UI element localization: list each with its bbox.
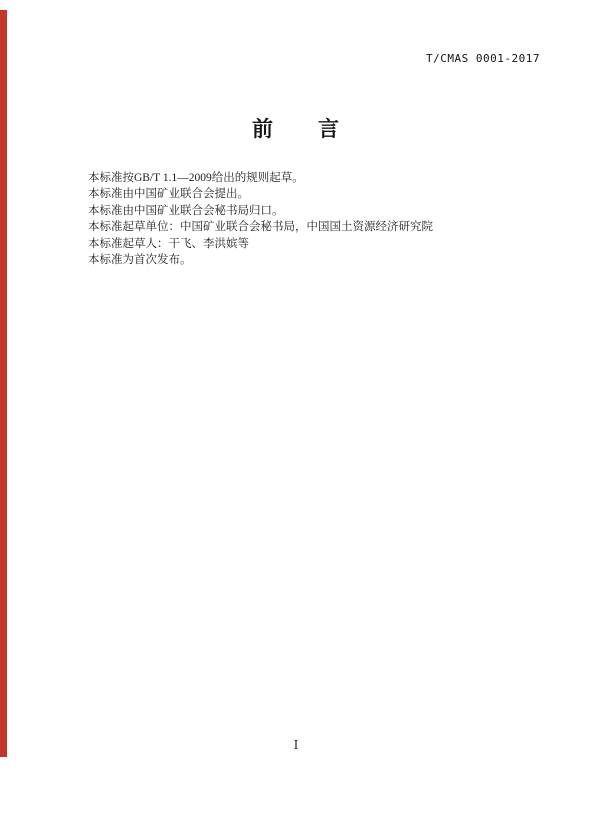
foreword-line: 本标准由中国矿业联合会提出。 (88, 186, 562, 202)
foreword-line: 本标准为首次发布。 (88, 252, 562, 268)
foreword-line: 本标准由中国矿业联合会秘书局归口。 (88, 203, 562, 219)
standard-number: T/CMAS 0001-2017 (426, 52, 540, 65)
foreword-line: 本标准按GB/T 1.1—2009给出的规则起草。 (88, 170, 562, 186)
document-page: T/CMAS 0001-2017 前 言 本标准按GB/T 1.1—2009给出… (0, 0, 592, 823)
page-number: I (0, 738, 592, 752)
foreword-line: 本标准起草人：干飞、李洪嫔等 (88, 236, 562, 252)
foreword-line: 本标准起草单位：中国矿业联合会秘书局，中国国土资源经济研究院 (88, 219, 562, 235)
page-title: 前 言 (0, 113, 592, 143)
foreword-text: 本标准按GB/T 1.1—2009给出的规则起草。 本标准由中国矿业联合会提出。… (88, 170, 562, 268)
